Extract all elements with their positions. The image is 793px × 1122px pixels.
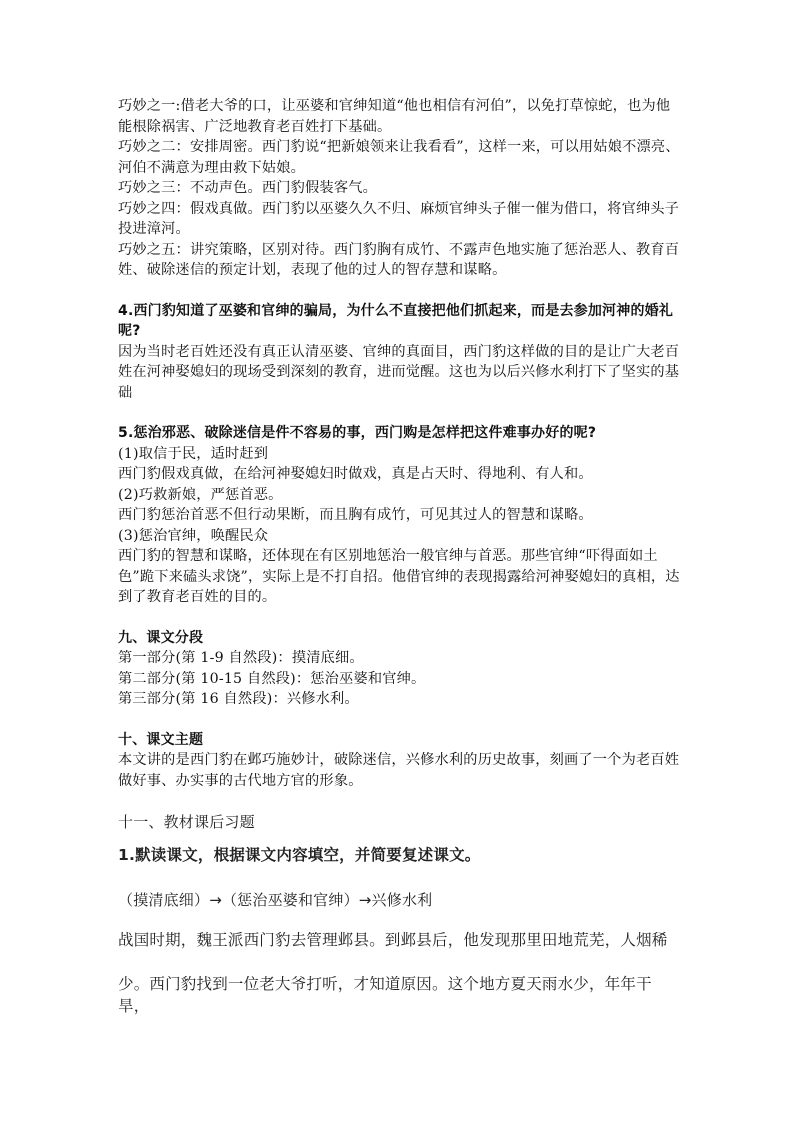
trick-3: 巧妙之三：不动声色。西门豹假装客气。	[118, 178, 680, 199]
document-page: 巧妙之一:借老大爷的口，让巫婆和官绅知道“他也相信有河伯”，以免打草惊蛇，也为他…	[118, 96, 680, 1017]
section-9-part-1: 第一部分(第 1-9 自然段)：摸清底细。	[118, 648, 680, 669]
section-11-heading: 十一、教材课后习题	[118, 811, 680, 833]
q5-item-3-text: 西门豹的智慧和谋略，还体现在有区别地惩治一般官绅与首恶。那些官绅“吓得面如土色”…	[118, 546, 680, 608]
trick-1: 巧妙之一:借老大爷的口，让巫婆和官绅知道“他也相信有河伯”，以免打草惊蛇，也为他…	[118, 96, 680, 137]
section-9-part-3: 第三部分(第 16 自然段)：兴修水利。	[118, 689, 680, 710]
exercise-1-question: 1.默读课文，根据课文内容填空，并简要复述课文。	[118, 843, 680, 867]
q5-item-2-text: 西门豹惩治首恶不但行动果断，而且胸有成竹，可见其过人的智慧和谋略。	[118, 505, 680, 526]
question-4: 4.西门豹知道了巫婆和官绅的骗局，为什么不直接把他们抓起来，而是去参加河神的婚礼…	[118, 301, 680, 342]
trick-2: 巧妙之二：安排周密。西门豹说“把新娘领来让我看看”，这样一来，可以用姑娘不漂亮、…	[118, 137, 680, 178]
q5-item-1-label: (1)取信于民，适时赶到	[118, 444, 680, 465]
question-5: 5.惩治邪恶、破除迷信是件不容易的事，西门购是怎样把这件难事办好的呢?	[118, 423, 680, 444]
q5-item-3-label: (3)惩治官绅，唤醒民众	[118, 526, 680, 547]
exercise-1-chain: （摸清底细）→（惩治巫婆和官绅）→兴修水利	[118, 889, 680, 911]
story-line-1: 战国时期，魏王派西门豹去管理邺县。到邺县后，他发现那里田地荒芜，人烟稀	[118, 929, 680, 951]
section-9-heading: 九、课文分段	[118, 628, 680, 649]
trick-4: 巧妙之四：假戏真做。西门豹以巫婆久久不归、麻烦官绅头子催一催为借口，将官绅头子投…	[118, 199, 680, 240]
answer-4: 因为当时老百姓还没有真正认清巫婆、官绅的真面目，西门豹这样做的目的是让广大老百姓…	[118, 342, 680, 404]
section-9-part-2: 第二部分(第 10-15 自然段)：惩治巫婆和官绅。	[118, 669, 680, 690]
trick-5: 巧妙之五：讲究策略，区别对待。西门豹胸有成竹、不露声色地实施了惩治恶人、教育百姓…	[118, 240, 680, 281]
section-10-text: 本文讲的是西门豹在邺巧施妙计，破除迷信，兴修水利的历史故事，刻画了一个为老百姓做…	[118, 750, 680, 791]
q5-item-1-text: 西门豹假戏真做，在给河神娶媳妇时做戏，真是占天时、得地利、有人和。	[118, 464, 680, 485]
q5-item-2-label: (2)巧救新娘，严惩首恶。	[118, 485, 680, 506]
section-10-heading: 十、课文主题	[118, 730, 680, 751]
story-line-2: 少。西门豹找到一位老大爷打听，才知道原因。这个地方夏天雨水少，年年干旱，	[118, 973, 680, 1017]
